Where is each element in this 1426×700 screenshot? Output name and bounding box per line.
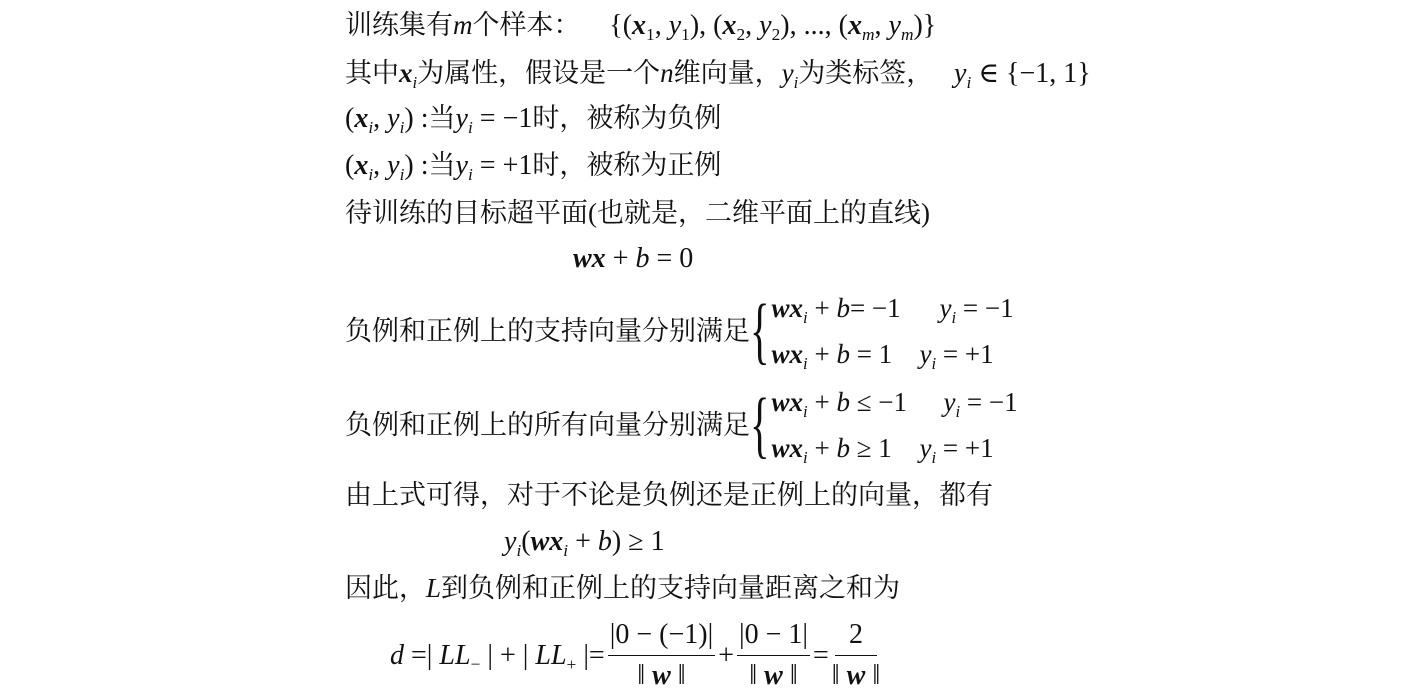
- text: 时，被称为负例: [532, 103, 721, 133]
- support-vector-condition: 负例和正例上的支持向量分别满足 { wxi + b= −1yi = −1 wxi…: [345, 290, 1014, 372]
- cases: wxi + b ≤ −1yi = −1 wxi + b ≥ 1yi = +1: [772, 384, 1018, 466]
- hyperplane-equation: wx + b = 0: [573, 242, 693, 276]
- positive-example-line: (xi, yi) :当yi = +1时，被称为正例: [345, 148, 721, 183]
- training-set-line: 训练集有m个样本： {(x1, y1), (x2, y2), ..., (xm,…: [345, 8, 936, 43]
- margin-constraint: yi(wxi + b) ≥ 1: [504, 525, 665, 559]
- text: 由上式可得，对于不论是负例还是正例上的向量，都有: [345, 480, 993, 510]
- text: 负例和正例上的支持向量分别满足: [345, 314, 750, 348]
- text: 其中: [345, 58, 399, 88]
- attribute-line: 其中xi为属性，假设是一个n维向量，yi为类标签， yi ∈ {−1, 1}: [345, 56, 1091, 91]
- left-brace-icon: {: [750, 294, 770, 368]
- text: 当: [429, 150, 456, 180]
- text: 待训练的目标超平面(也就是，二维平面上的直线): [345, 198, 930, 228]
- pair-formula: (xi, yi) :: [345, 150, 429, 181]
- pair-formula: (xi, yi) :: [345, 103, 429, 134]
- hyperplane-intro-line: 待训练的目标超平面(也就是，二维平面上的直线): [345, 196, 930, 230]
- cases: wxi + b= −1yi = −1 wxi + b = 1yi = +1: [772, 290, 1014, 372]
- conclusion-line: 由上式可得，对于不论是负例还是正例上的向量，都有: [345, 478, 993, 512]
- text: 当: [429, 103, 456, 133]
- text: 为属性，假设是一个: [417, 58, 660, 88]
- text: 时，被称为正例: [532, 150, 721, 180]
- text: 维向量，: [674, 58, 782, 88]
- left-brace-icon: {: [750, 388, 770, 462]
- text: 到负例和正例上的支持向量距离之和为: [441, 573, 900, 603]
- var-n: n: [660, 58, 674, 88]
- var-m: m: [453, 10, 473, 40]
- text: 因此，: [345, 573, 426, 603]
- all-vector-condition: 负例和正例上的所有向量分别满足 { wxi + b ≤ −1yi = −1 wx…: [345, 384, 1018, 466]
- distance-intro-line: 因此，L到负例和正例上的支持向量距离之和为: [345, 571, 900, 605]
- var-xi: x: [399, 58, 413, 88]
- text: 训练集有: [345, 10, 453, 40]
- distance-formula: d =| LL− | + | LL+ |= |0 − (−1)|‖ w ‖ + …: [390, 618, 883, 693]
- text: 为类标签，: [798, 58, 933, 88]
- text: 个样本：: [473, 10, 581, 40]
- negative-example-line: (xi, yi) :当yi = −1时，被称为负例: [345, 101, 721, 136]
- sample-set-formula: {(x1, y1), (x2, y2), ..., (xm, ym)}: [609, 10, 936, 41]
- var-L: L: [426, 573, 441, 603]
- label-domain-formula: yi ∈ {−1, 1}: [954, 58, 1091, 89]
- text: 负例和正例上的所有向量分别满足: [345, 408, 750, 442]
- fraction-3: 2‖ w ‖: [832, 618, 880, 693]
- fraction-2: |0 − 1|‖ w ‖: [737, 618, 810, 693]
- fraction-1: |0 − (−1)|‖ w ‖: [608, 618, 715, 693]
